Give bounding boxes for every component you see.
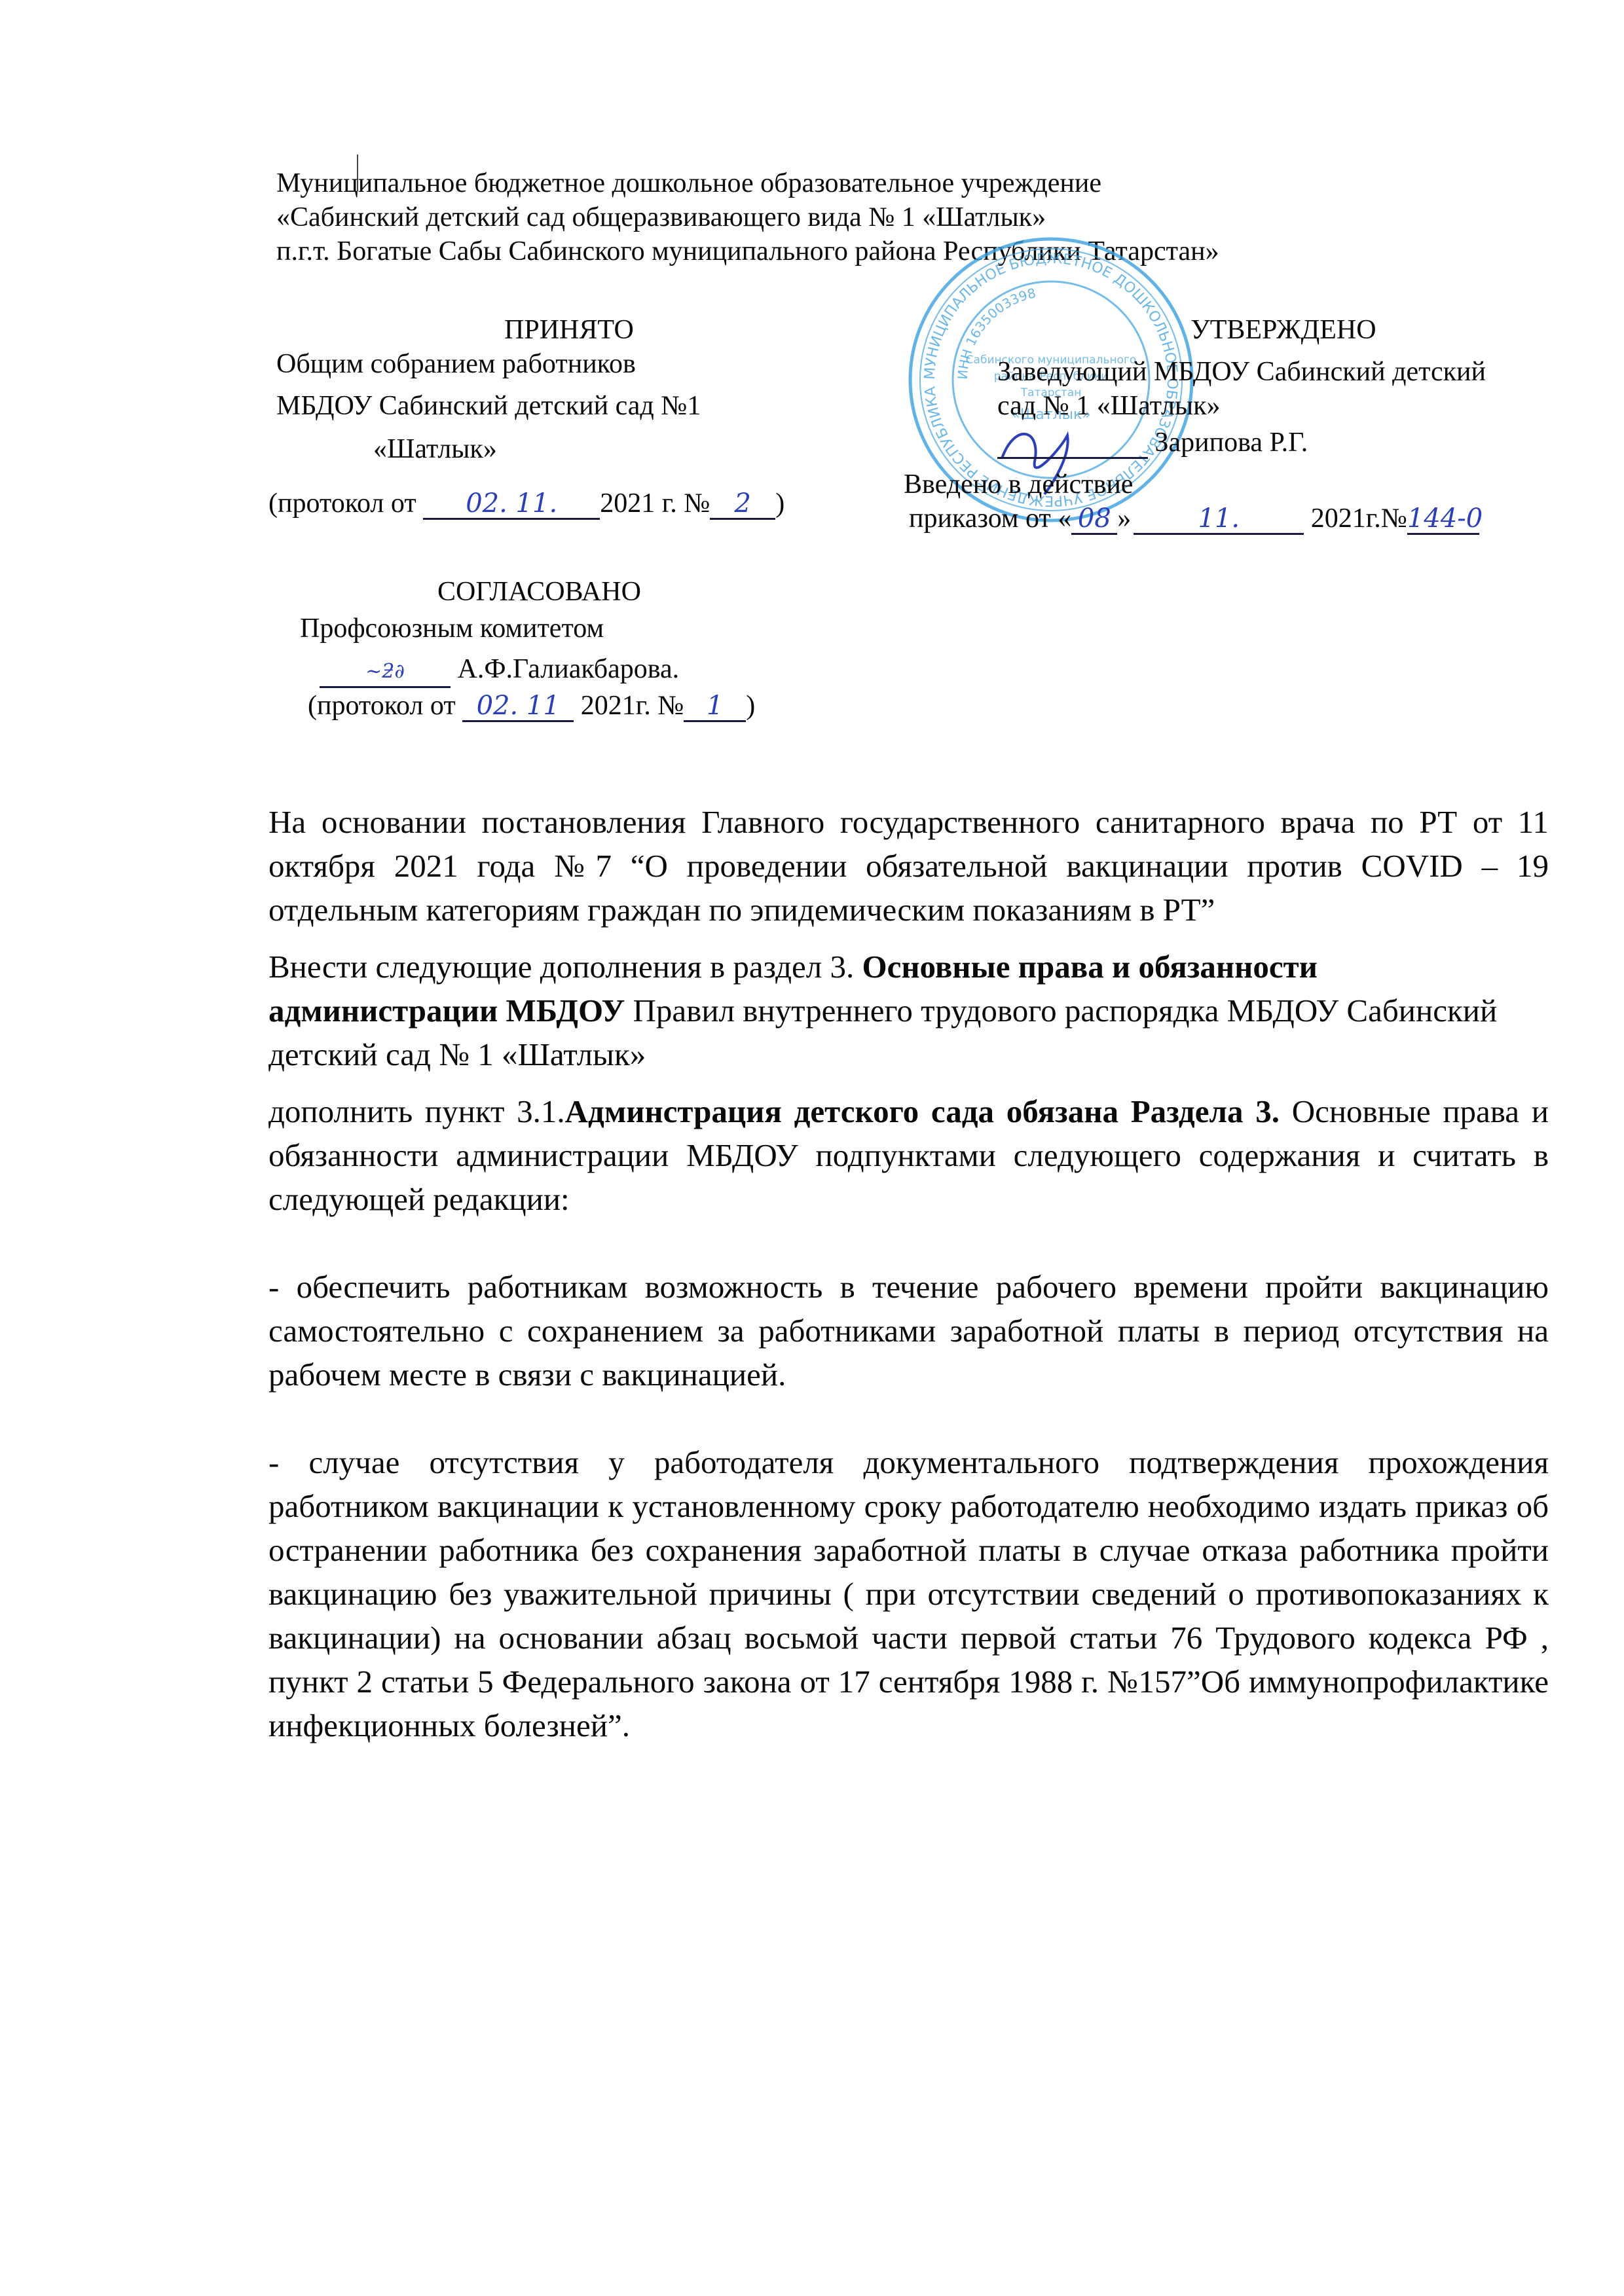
org-name-line-2: «Сабинский детский сад общеразвивающего … (276, 200, 1046, 234)
accepted-protocol-date-field: 02. 11. (423, 489, 600, 520)
document-body: На основании постановления Главного госу… (268, 800, 1549, 1747)
agreed-protocol: (протокол от 02. 11 2021г. №1) (308, 689, 755, 723)
approved-enacted: Введено в действие (904, 467, 1133, 501)
accepted-line-2: МБДОУ Сабинский детский сад №1 (276, 389, 701, 423)
basis-paragraph: На основании постановления Главного госу… (268, 800, 1549, 932)
supplement-paragraph: дополнить пункт 3.1.Админстрация детског… (268, 1089, 1549, 1221)
approved-signature-field (997, 428, 1148, 459)
accepted-line-3: «Шатлык» (373, 432, 497, 466)
accepted-protocol: (протокол от 02. 11.2021 г. №2) (268, 486, 784, 520)
accepted-title: ПРИНЯТО (504, 313, 634, 347)
org-name-line-1: Муниципальное бюджетное дошкольное образ… (276, 166, 1101, 200)
agreed-title: СОГЛАСОВАНО (437, 575, 641, 609)
amendment-intro-paragraph: Внести следующие дополнения в раздел 3. … (268, 945, 1549, 1076)
agreed-signature-row: ~ƻ∂ А.Ф.Галиакбарова. (320, 652, 679, 688)
clause-title-bold: Админстрация детского сада обязана Разде… (565, 1093, 1280, 1129)
approved-line-1: Заведующий МБДОУ Сабинский детский (997, 355, 1486, 389)
order-month-field: 11. (1134, 504, 1304, 535)
accepted-protocol-number-field: 2 (710, 489, 775, 520)
agreed-protocol-date-field: 02. 11 (462, 691, 574, 722)
approved-line-2: сад № 1 «Шатлык» (997, 389, 1221, 423)
accepted-line-1: Общим собранием работников (276, 347, 636, 381)
approved-title: УТВЕРЖДЕНО (1190, 313, 1376, 347)
order-day-field: 08 (1071, 504, 1117, 535)
agreed-signature-field: ~ƻ∂ (320, 655, 451, 688)
approved-signature-row: Зарипова Р.Г. (997, 426, 1308, 460)
subclause-suspension: - случае отсутствия у работодателя докум… (268, 1440, 1549, 1747)
order-number-field: 144-0 (1407, 504, 1479, 535)
agreed-protocol-number-field: 1 (684, 691, 746, 722)
approved-order: приказом от «08»11. 2021г.№144-0 (909, 501, 1479, 536)
subclause-vaccination-time: - обеспечить работникам возможность в те… (268, 1265, 1549, 1396)
agreed-line-1: Профсоюзным комитетом (300, 611, 604, 646)
